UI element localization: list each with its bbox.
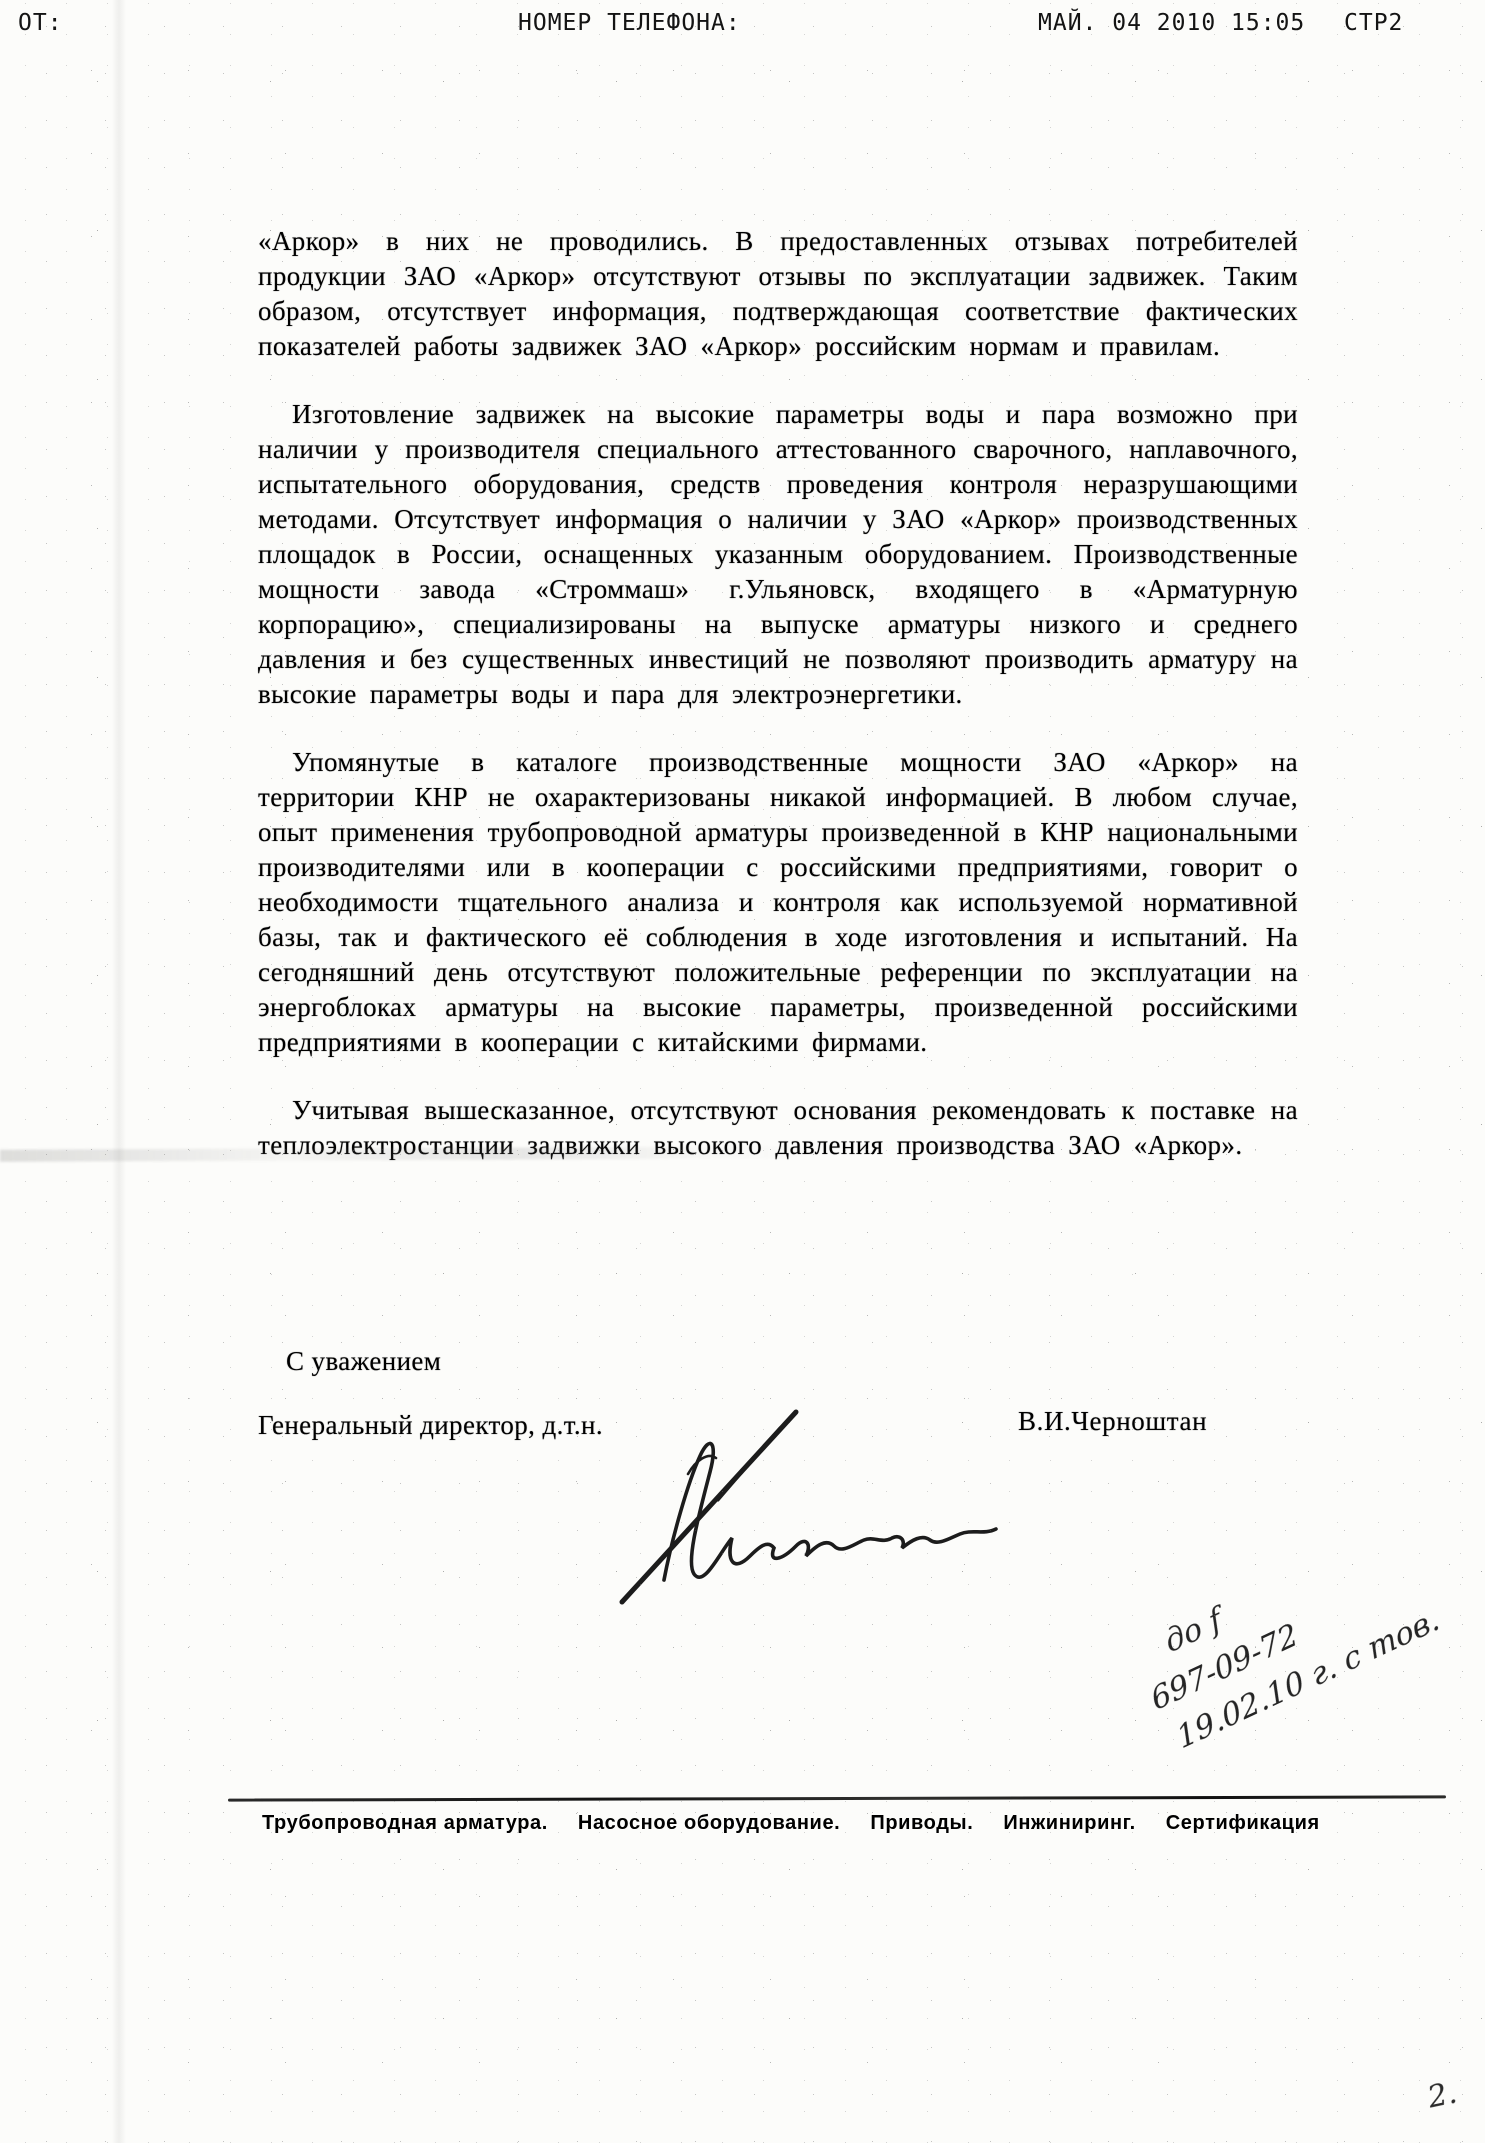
fax-phone-label: НОМЕР ТЕЛЕФОНА: xyxy=(518,10,741,36)
handwritten-page-number: 2. xyxy=(1425,2075,1460,2115)
tagline-item: Сертификация xyxy=(1166,1812,1320,1835)
fax-transmission-header: ОТ: НОМЕР ТЕЛЕФОНА: МАЙ. 04 2010 15:05 С… xyxy=(0,6,1485,40)
footer-tagline: Трубопроводная арматура. Насосное оборуд… xyxy=(262,1812,1320,1835)
letter-body: «Аркор» в них не проводились. В предоста… xyxy=(258,224,1298,1196)
letter-paragraph: Изготовление задвижек на высокие парамет… xyxy=(258,397,1298,712)
signature-ink xyxy=(568,1398,1048,1618)
letter-paragraph: «Аркор» в них не проводились. В предоста… xyxy=(258,224,1298,364)
footer-divider xyxy=(228,1795,1446,1801)
fax-page-indicator: СТР2 xyxy=(1344,10,1403,36)
fax-datetime: МАЙ. 04 2010 15:05 xyxy=(1038,10,1305,36)
tagline-item: Трубопроводная арматура. xyxy=(262,1812,548,1835)
letter-closing: С уважением xyxy=(286,1346,441,1377)
tagline-item: Инжиниринг. xyxy=(1003,1812,1135,1835)
tagline-item: Приводы. xyxy=(870,1812,973,1835)
scanned-fax-page: ОТ: НОМЕР ТЕЛЕФОНА: МАЙ. 04 2010 15:05 С… xyxy=(0,0,1485,2143)
tagline-item: Насосное оборудование. xyxy=(578,1812,840,1835)
signature-title: Генеральный директор, д.т.н. xyxy=(258,1410,603,1441)
scan-fold-artifact xyxy=(112,0,126,2143)
letter-paragraph: Упомянутые в каталоге производственные м… xyxy=(258,745,1298,1060)
handwritten-note: до f 697-09-72 19.02.10 г. с тов. xyxy=(1128,1497,1472,1768)
fax-from-label: ОТ: xyxy=(18,10,63,36)
